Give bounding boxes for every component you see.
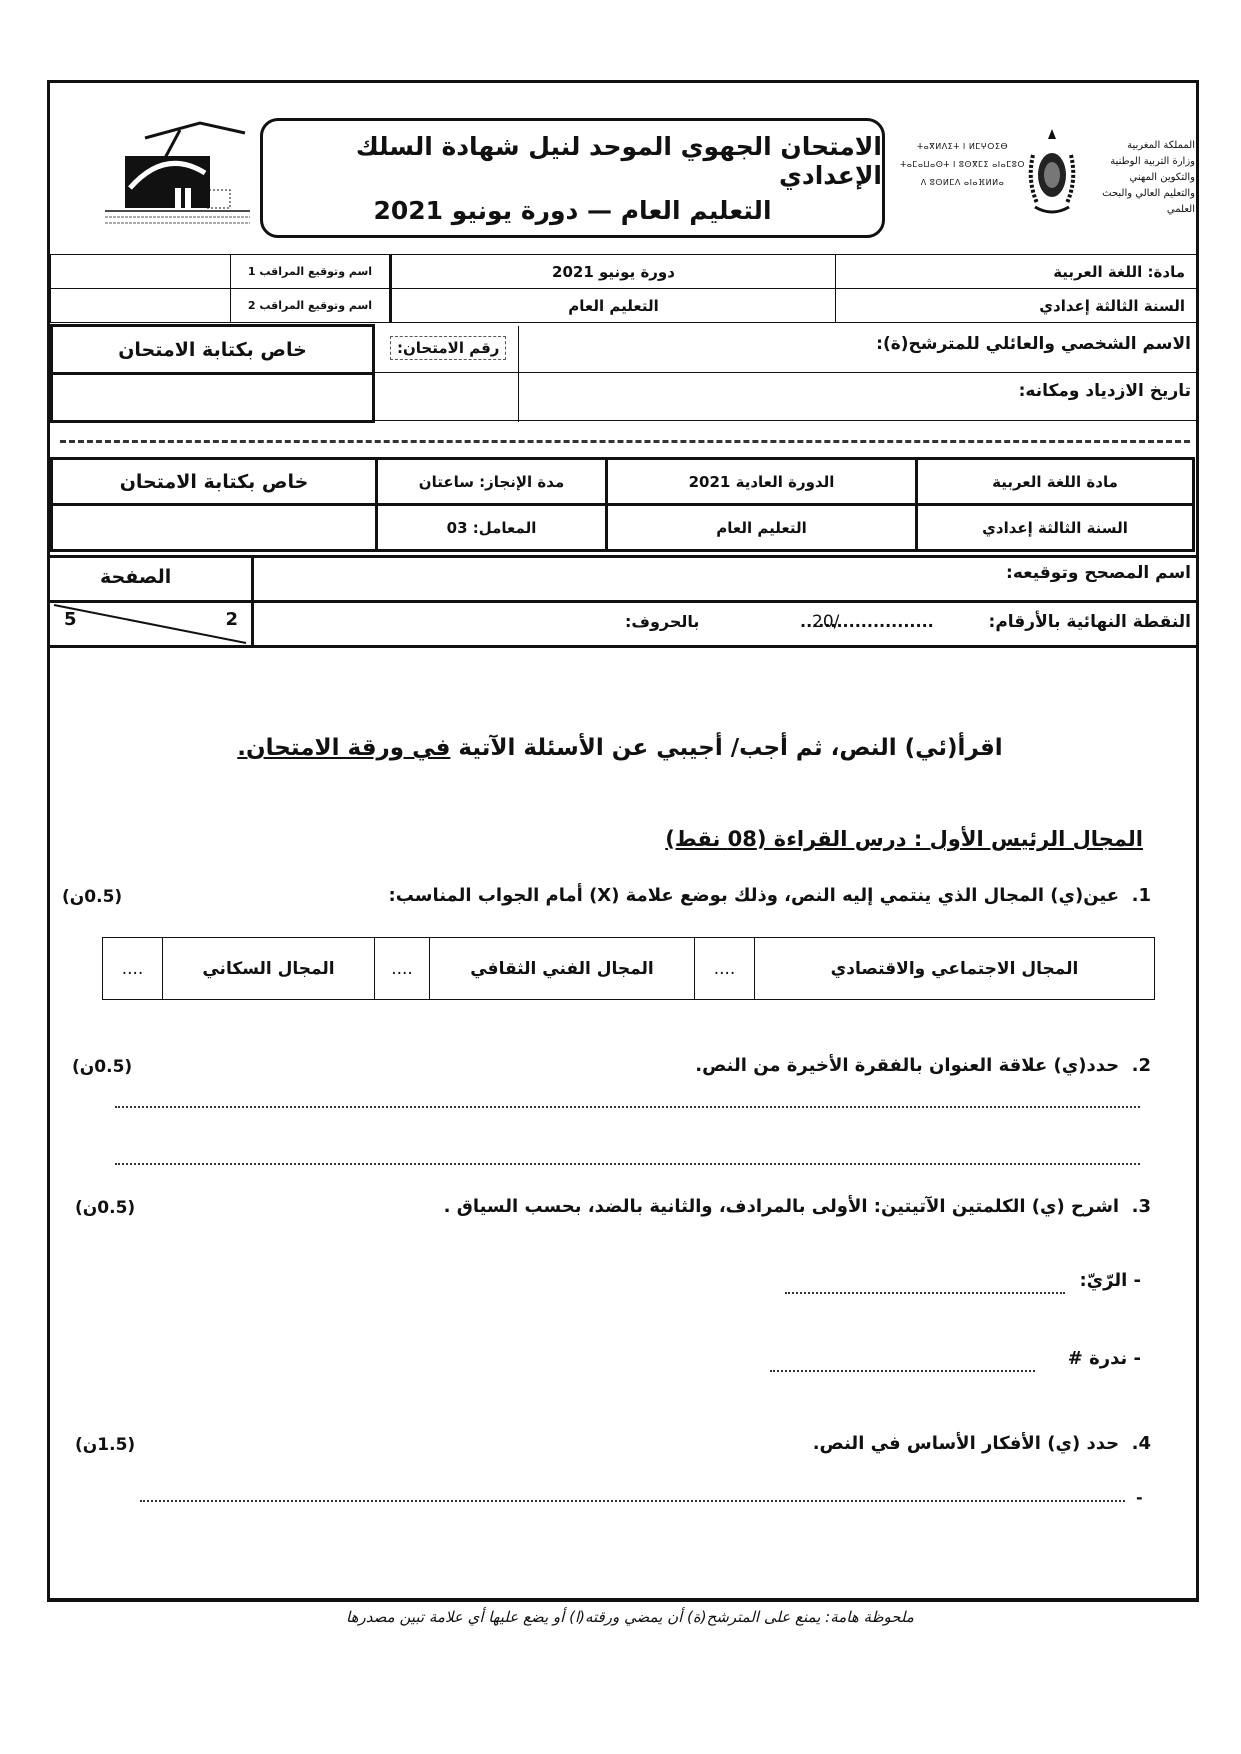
option-2-checkbox[interactable]: ....: [375, 938, 430, 1000]
exam-number-field[interactable]: [380, 376, 515, 418]
track-cell: التعليم العام: [391, 289, 836, 323]
birth-date-label: تاريخ الازدياد ومكانه:: [1019, 381, 1191, 401]
reserved-label-bottom: خاص بكتابة الامتحان: [52, 459, 377, 505]
option-1-label: المجال الاجتماعي والاقتصادي: [755, 938, 1155, 1000]
option-1-checkbox[interactable]: ....: [695, 938, 755, 1000]
exam-title-line2: التعليم العام — دورة يونيو 2021: [373, 196, 771, 225]
supervisor2-label: اسم وتوقيع المراقب 2: [231, 289, 391, 323]
divider: [518, 326, 519, 422]
section-title: المجال الرئيس الأول : درس القراءة (08 نق…: [665, 827, 1143, 851]
answer-line[interactable]: [140, 1500, 1125, 1502]
subject-cell: مادة: اللغة العربية: [836, 255, 1198, 289]
level-cell: السنة الثالثة إعدادي: [836, 289, 1198, 323]
coefficient-cell: المعامل: 03: [377, 505, 607, 551]
exam-number-label: رقم الامتحان:: [390, 336, 506, 360]
instruction-text: اقرأ(ئي) النص، ثم أجب/ أجيبي عن الأسئلة …: [458, 735, 1002, 761]
level-cell-bottom: السنة الثالثة إعدادي: [917, 505, 1194, 551]
question-1-mark: (0.5ن): [62, 887, 122, 907]
duration-cell: مدة الإنجاز: ساعتان: [377, 459, 607, 505]
question-1: 1. عين(ي) المجال الذي ينتمي إليه النص، و…: [389, 885, 1152, 906]
coat-of-arms-icon: [1025, 125, 1080, 220]
answer-line[interactable]: [115, 1106, 1140, 1108]
reserved-cell: [52, 374, 374, 422]
supervisor2-signature-cell[interactable]: [51, 289, 231, 323]
track-cell-bottom: التعليم العام: [607, 505, 917, 551]
word-1-label: - الرّيّ:: [1079, 1270, 1141, 1291]
regional-academy-logo: [105, 118, 255, 228]
final-score-max: 20/: [812, 612, 839, 632]
ministry-name-arabic: المملكة المغربية وزارة التربية الوطنية و…: [1080, 138, 1195, 218]
word-1-answer-line[interactable]: [785, 1292, 1065, 1294]
session-cell-bottom: الدورة العادية 2021: [607, 459, 917, 505]
supervisor1-signature-cell[interactable]: [51, 255, 231, 289]
supervisor1-label: اسم وتوقيع المراقب 1: [231, 255, 391, 289]
ministry-name-tifinagh: ⵜⴰⴳⵍⴷⵉⵜ ⵏ ⵍⵎⵖⵔⵉⴱ ⵜⴰⵎⴰⵡⴰⵙⵜ ⵏ ⵓⵙⴳⵎⵉ ⴰⵏⴰⵎⵓⵔ…: [900, 138, 1025, 192]
reserved-label: خاص بكتابة الامتحان: [52, 326, 374, 374]
page-label: الصفحة: [100, 566, 171, 588]
corrector-label: اسم المصحح وتوقيعه:: [1006, 563, 1191, 583]
cut-line: [60, 440, 1190, 443]
general-instruction: اقرأ(ئي) النص، ثم أجب/ أجيبي عن الأسئلة …: [200, 735, 1040, 761]
reserved-box-candidate: خاص بكتابة الامتحان: [50, 324, 375, 423]
divider: [50, 645, 1198, 648]
page-current: 2: [225, 609, 238, 630]
instruction-underlined: في ورقة الامتحان.: [237, 735, 450, 761]
score-in-letters-label: بالحروف:: [625, 612, 699, 631]
candidate-name-field[interactable]: [520, 330, 980, 368]
exam-title-box: الامتحان الجهوي الموحد لنيل شهادة السلك …: [260, 118, 885, 238]
divider: [375, 372, 1198, 373]
answer-line[interactable]: [115, 1163, 1140, 1165]
divider: [375, 420, 1198, 421]
footer-note: ملحوظة هامة: يمنع على المترشح(ة) أن يمضي…: [300, 1608, 960, 1626]
exam-title-line1: الامتحان الجهوي الموحد لنيل شهادة السلك …: [263, 132, 882, 190]
page-number-box: 5 2: [50, 601, 250, 645]
answer-dash: -: [1136, 1488, 1143, 1507]
word-2-label: - ندرة #: [1068, 1348, 1141, 1369]
subject-cell-bottom: مادة اللغة العربية: [917, 459, 1194, 505]
question-2-mark: (0.5ن): [72, 1057, 132, 1077]
option-3-label: المجال السكاني: [163, 938, 375, 1000]
question-1-options: .... المجال السكاني .... المجال الفني ال…: [102, 937, 1155, 1000]
option-2-label: المجال الفني الثقافي: [430, 938, 695, 1000]
question-2: 2. حدد(ي) علاقة العنوان بالفقرة الأخيرة …: [695, 1055, 1151, 1076]
exam-info-table-bottom: خاص بكتابة الامتحان مدة الإنجاز: ساعتان …: [50, 457, 1195, 552]
question-4-mark: (1.5ن): [75, 1435, 135, 1455]
question-3: 3. اشرح (ي) الكلمتين الآتيتين: الأولى با…: [444, 1196, 1151, 1217]
option-3-checkbox[interactable]: ....: [103, 938, 163, 1000]
exam-info-table-top: اسم وتوقيع المراقب 1 دورة يونيو 2021 ماد…: [50, 254, 1198, 323]
session-cell: دورة يونيو 2021: [391, 255, 836, 289]
page-total: 5: [64, 609, 77, 630]
question-4: 4. حدد (ي) الأفكار الأساس في النص.: [813, 1433, 1151, 1454]
word-2-answer-line[interactable]: [770, 1370, 1035, 1372]
corrector-signature-field[interactable]: [260, 558, 940, 598]
birth-date-field[interactable]: [520, 376, 980, 416]
final-score-label: النقطة النهائية بالأرقام:: [989, 612, 1191, 632]
question-3-mark: (0.5ن): [75, 1198, 135, 1218]
reserved-cell-bottom: [52, 505, 377, 551]
